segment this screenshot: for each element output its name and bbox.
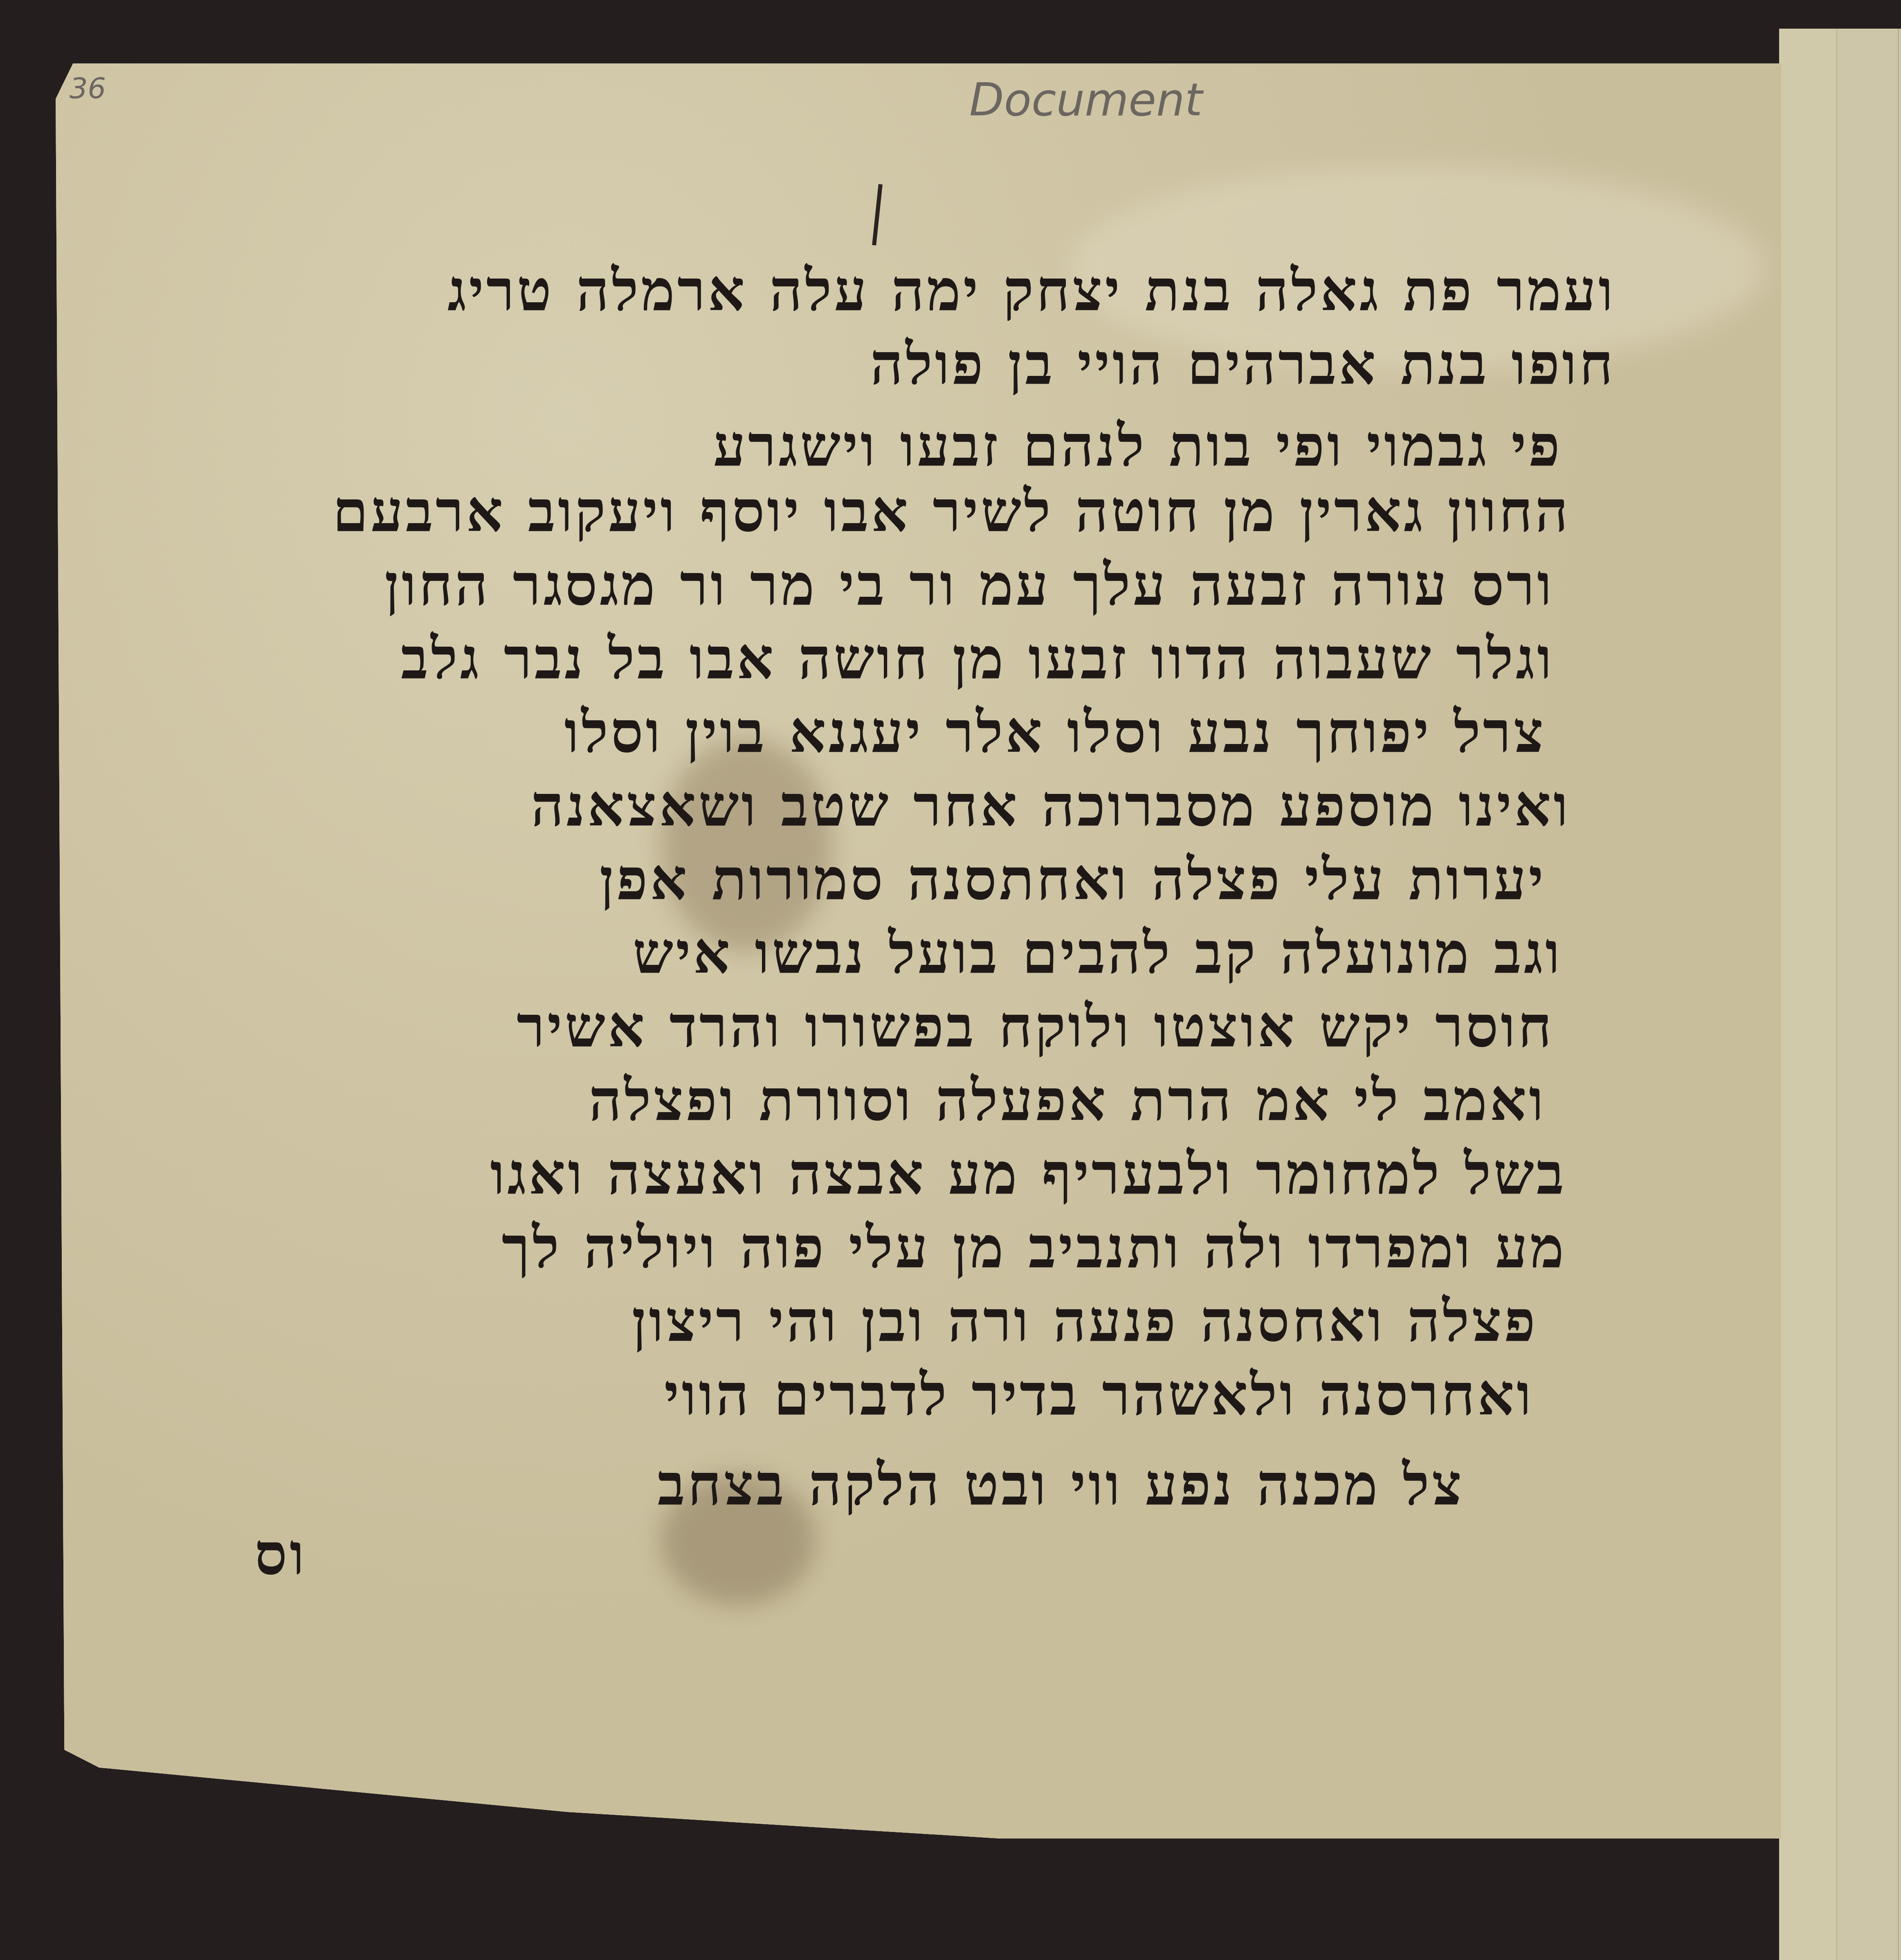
- folio-number: 36: [70, 72, 106, 105]
- text-line-9: יערות עלי פצלה ואחתסנה סמורות אפן: [600, 851, 1546, 908]
- text-line-12: ואמב לי אמ הרת אפעלה וסוורת ופצלה: [589, 1072, 1546, 1129]
- text-line-4: החוון גארין מן חוטה לשיר אבו יוסף ויעקוב…: [333, 483, 1571, 540]
- text-line-5: ורס עורה זבעה עלך עמ ור בי מר ור מגסגר ה…: [384, 556, 1554, 614]
- text-line-11: חוסר יקש אוצטו ולוקח בפשורו והרד אשיר: [517, 998, 1554, 1055]
- text-line-14: מע ומפרדו ולה ותנביב מן עלי פוה ויוליה ל…: [502, 1219, 1566, 1276]
- backing-sheet: [1779, 29, 1901, 1960]
- ink-stain: [661, 738, 832, 951]
- text-line-8: ואינו מוספע מסברוכה אחר שטב ושאצאנה: [531, 777, 1571, 834]
- text-line-3: פי גבמוי ופי בות לנהם זבעו וישגרע: [713, 417, 1562, 474]
- text-line-17: צל מכנה נפע ווי ובט הלקה בצחב: [658, 1456, 1464, 1513]
- text-line-6: וגלר שעבוה הדוו זבעו מן חושה אבו בל נבר …: [401, 630, 1554, 687]
- text-line-13: בשל למחומר ולבעריף מע אבצה ואעצה ואגו: [490, 1145, 1566, 1203]
- text-line-16: ואחרסנה ולאשהר בדיר לדברים הווי: [664, 1366, 1534, 1423]
- backing-seam: [1898, 29, 1899, 1960]
- text-line-1: ועמר פת גאלה בנת יצחק ימה עלה ארמלה טריג: [447, 262, 1616, 319]
- backing-strip: [1779, 29, 1837, 1960]
- text-line-18: וס: [255, 1526, 307, 1583]
- text-line-15: פצלה ואחסנה פנעה ורה ובן והי ריצון: [632, 1292, 1538, 1350]
- pencil-annotation: Document: [969, 74, 1202, 126]
- text-line-10: וגב מונועלה קב להבים בועל נבשו איש: [633, 924, 1562, 982]
- text-line-2: חופו בנת אברהים הויי בן פולה: [870, 335, 1616, 393]
- text-line-7: צרל יפוחך נבע וסלו אלר יעגנא בוין וסלו: [564, 704, 1546, 761]
